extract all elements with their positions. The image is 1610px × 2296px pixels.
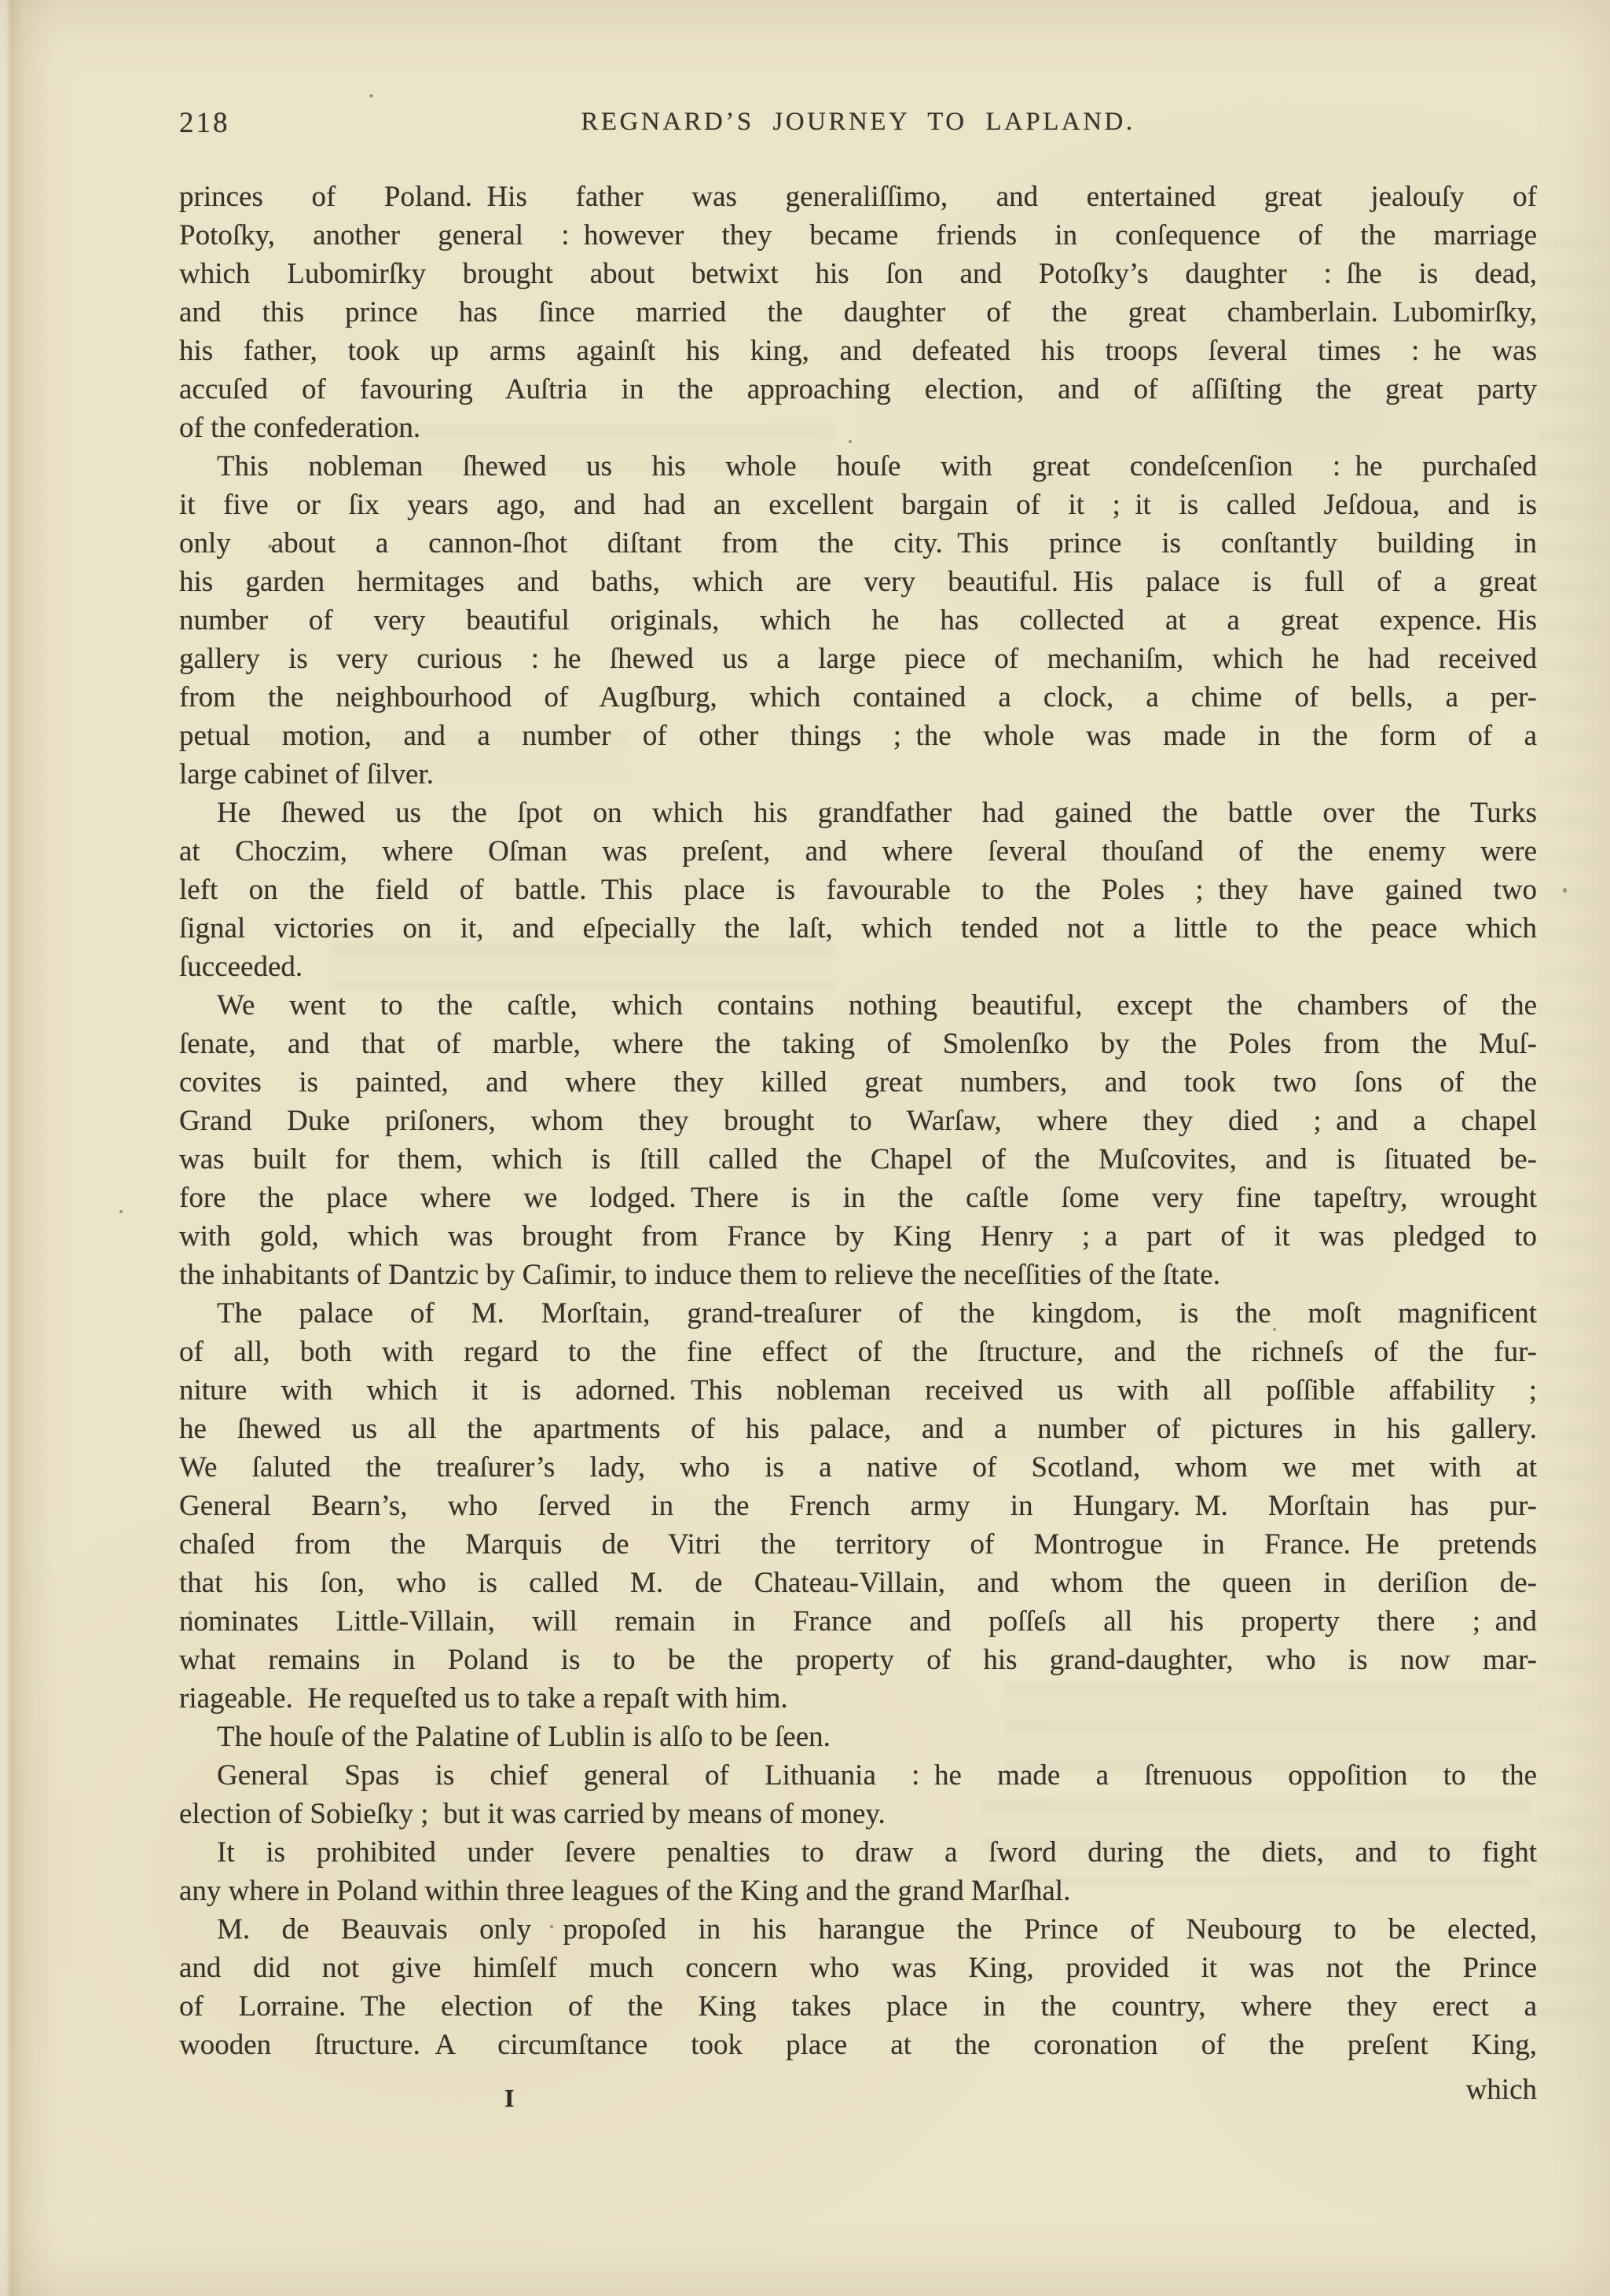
text-line: was built for them, which is ſtill calle… <box>179 1140 1537 1179</box>
text-line: This nobleman ſhewed us his whole houſe … <box>179 447 1537 486</box>
text-line: from the neighbourhood of Augſburg, whic… <box>179 678 1537 717</box>
paper-speckle <box>369 94 373 97</box>
paragraph: It is prohibited under ſevere penalties … <box>179 1833 1537 1910</box>
text-line: ſignal victories on it, and eſpecially t… <box>179 909 1537 948</box>
text-line: it five or ſix years ago, and had an exc… <box>179 486 1537 524</box>
paper-speckle <box>119 1210 123 1213</box>
text-line: his father, took up arms againſt his kin… <box>179 332 1537 370</box>
text-line: M. de Beauvais only propoſed in his hara… <box>179 1910 1537 1949</box>
paragraph: The palace of M. Morſtain, grand-treaſur… <box>179 1294 1537 1718</box>
paragraph: He ſhewed us the ſpot on which his grand… <box>179 794 1537 986</box>
text-line: only about a cannon-ſhot diſtant from th… <box>179 524 1537 563</box>
signature-mark: I <box>504 2084 514 2113</box>
text-line: and this prince has ſince married the da… <box>179 293 1537 332</box>
body-text: princes of Poland. His father was genera… <box>179 178 1537 2064</box>
text-line: the inhabitants of Dantzic by Caſimir, t… <box>179 1256 1537 1294</box>
text-line: wooden ſtructure. A circumſtance took pl… <box>179 2026 1537 2064</box>
text-line: We went to the caſtle, which contains no… <box>179 986 1537 1025</box>
text-line: election of Sobieſky ; but it was carrie… <box>179 1795 1537 1833</box>
text-line: at Choczim, where Oſman was preſent, and… <box>179 832 1537 871</box>
text-line: which Lubomirſky brought about betwixt h… <box>179 255 1537 293</box>
text-line: petual motion, and a number of other thi… <box>179 717 1537 755</box>
book-page: 218 REGNARD’S JOURNEY TO LAPLAND. prince… <box>0 0 1610 2296</box>
text-line: of the confederation. <box>179 409 1537 447</box>
text-line: with gold, which was brought from France… <box>179 1217 1537 1256</box>
text-line: any where in Poland within three leagues… <box>179 1872 1537 1910</box>
running-title: REGNARD’S JOURNEY TO LAPLAND. <box>179 108 1537 137</box>
text-line: nominates Little-Villain, will remain in… <box>179 1602 1537 1641</box>
text-line: fore the place where we lodged. There is… <box>179 1179 1537 1217</box>
text-line: niture with which it is adorned. This no… <box>179 1371 1537 1410</box>
text-line: covites is painted, and where they kille… <box>179 1063 1537 1102</box>
text-line: ſenate, and that of marble, where the ta… <box>179 1025 1537 1063</box>
text-line: princes of Poland. His father was genera… <box>179 178 1537 216</box>
paragraph: This nobleman ſhewed us his whole houſe … <box>179 447 1537 794</box>
text-line: It is prohibited under ſevere penalties … <box>179 1833 1537 1872</box>
paragraph: The houſe of the Palatine of Lublin is a… <box>179 1718 1537 1756</box>
text-line: that his ſon, who is called M. de Chatea… <box>179 1564 1537 1602</box>
text-line: left on the field of battle. This place … <box>179 871 1537 909</box>
text-line: He ſhewed us the ſpot on which his grand… <box>179 794 1537 832</box>
paper-speckle <box>1563 888 1567 893</box>
text-line: his garden hermitages and baths, which a… <box>179 563 1537 601</box>
text-line: General Spas is chief general of Lithuan… <box>179 1756 1537 1795</box>
running-head: 218 REGNARD’S JOURNEY TO LAPLAND. <box>179 105 1537 144</box>
text-line: riageable. He requeſted us to take a rep… <box>179 1679 1537 1718</box>
bleed-through-smudge <box>1537 236 1600 2043</box>
paragraph: We went to the caſtle, which contains no… <box>179 986 1537 1294</box>
text-line: what remains in Poland is to be the prop… <box>179 1641 1537 1679</box>
paragraph: M. de Beauvais only propoſed in his hara… <box>179 1910 1537 2064</box>
text-line: accuſed of favouring Auſtria in the appr… <box>179 370 1537 409</box>
text-line: and did not give himſelf much concern wh… <box>179 1949 1537 1987</box>
text-line: he ſhewed us all the apartments of his p… <box>179 1410 1537 1448</box>
text-line: Potoſky, another general : however they … <box>179 216 1537 255</box>
text-line: The palace of M. Morſtain, grand-treaſur… <box>179 1294 1537 1333</box>
text-line: number of very beautiful originals, whic… <box>179 601 1537 640</box>
paragraph: General Spas is chief general of Lithuan… <box>179 1756 1537 1833</box>
paragraph: princes of Poland. His father was genera… <box>179 178 1537 447</box>
text-line: of all, both with regard to the fine eff… <box>179 1333 1537 1371</box>
text-line: General Bearn’s, who ſerved in the Frenc… <box>179 1487 1537 1525</box>
text-line: large cabinet of ſilver. <box>179 755 1537 794</box>
catchword: which <box>1466 2073 1537 2107</box>
text-line: We ſaluted the treaſurer’s lady, who is … <box>179 1448 1537 1487</box>
text-line: gallery is very curious : he ſhewed us a… <box>179 640 1537 678</box>
text-line: of Lorraine. The election of the King ta… <box>179 1987 1537 2026</box>
text-line: chaſed from the Marquis de Vitri the ter… <box>179 1525 1537 1564</box>
text-line: Grand Duke priſoners, whom they brought … <box>179 1102 1537 1140</box>
text-line: ſucceeded. <box>179 948 1537 986</box>
text-line: The houſe of the Palatine of Lublin is a… <box>179 1718 1537 1756</box>
